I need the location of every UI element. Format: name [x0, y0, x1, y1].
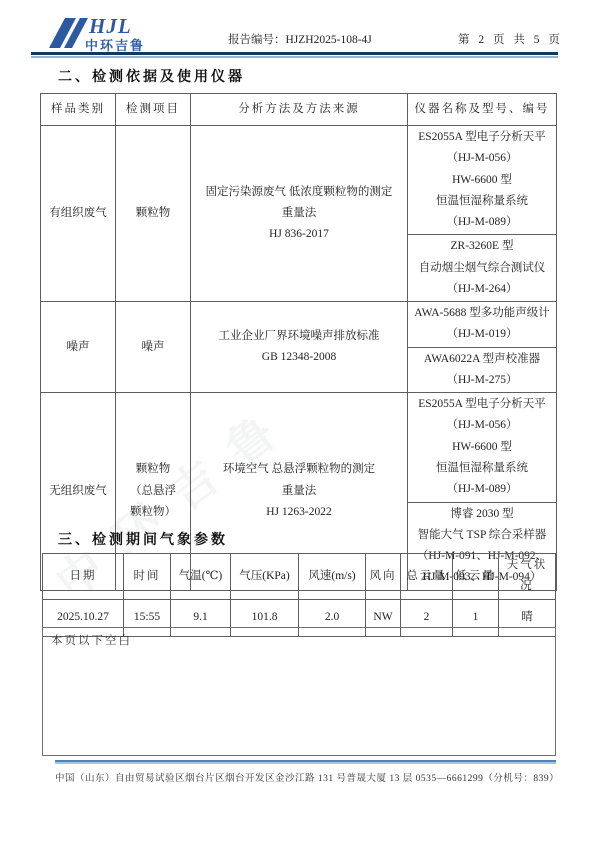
- col-header-low-cloud: 低云量: [453, 554, 499, 600]
- col-header-weather: 天气状况: [499, 554, 556, 600]
- weather-table: 日期 时间 气温(℃) 气压(KPa) 风速(m/s) 风向 总云量 低云量 天…: [42, 553, 556, 637]
- cell-instrument-1b: ZR-3260E 型 自动烟尘烟气综合测试仪 （HJ-M-264）: [408, 235, 557, 302]
- cell-instrument-1a: ES2055A 型电子分析天平 （HJ-M-056） HW-6600 型 恒温恒…: [408, 126, 557, 235]
- page-number: 第 2 页 共 5 页: [458, 31, 563, 47]
- cell-method-2: 工业企业厂界环境噪声排放标准 GB 12348-2008: [191, 302, 408, 393]
- cell-sample-1: 有组织废气: [41, 126, 116, 302]
- cell-item-2: 噪声: [116, 302, 191, 393]
- logo-slash-icon: [55, 18, 89, 48]
- col-header-method: 分析方法及方法来源: [191, 94, 408, 126]
- blank-note: 本页以下空白: [51, 632, 132, 648]
- col-header-pressure: 气压(KPa): [231, 554, 299, 600]
- cell-instrument-3a: ES2055A 型电子分析天平 （HJ-M-056） HW-6600 型 恒温恒…: [408, 393, 557, 502]
- cell-item-1: 颗粒物: [116, 126, 191, 302]
- section3-title: 三、检测期间气象参数: [58, 529, 228, 549]
- col-header-temperature: 气温(℃): [171, 554, 231, 600]
- col-header-date: 日期: [43, 554, 124, 600]
- col-header-total-cloud: 总云量: [401, 554, 453, 600]
- instruments-table: 样品类别 检测项目 分析方法及方法来源 仪器名称及型号、编号 有组织废气 颗粒物…: [40, 93, 557, 591]
- table-row: 噪声 噪声 工业企业厂界环境噪声排放标准 GB 12348-2008 AWA-5…: [41, 302, 557, 348]
- col-header-item: 检测项目: [116, 94, 191, 126]
- footer-address: 中国（山东）自由贸易试验区烟台片区烟台开发区金沙江路 131 号普晟大厦 13 …: [55, 770, 556, 784]
- col-header-time: 时间: [124, 554, 171, 600]
- col-header-wind-dir: 风向: [366, 554, 401, 600]
- cell-sample-2: 噪声: [41, 302, 116, 393]
- section2-title: 二、检测依据及使用仪器: [58, 66, 245, 86]
- cell-method-1: 固定污染源废气 低浓度颗粒物的测定 重量法 HJ 836-2017: [191, 126, 408, 302]
- report-page: 中环吉鲁 HJL 中环吉鲁 报告编号：HJZH2025-108-4J 第 2 页…: [0, 0, 594, 843]
- table-header-row: 样品类别 检测项目 分析方法及方法来源 仪器名称及型号、编号: [41, 94, 557, 126]
- header-rule: [31, 52, 558, 56]
- cell-instrument-2a: AWA-5688 型多功能声级计 （HJ-M-019）: [408, 302, 557, 348]
- col-header-wind-speed: 风速(m/s): [299, 554, 366, 600]
- cell-instrument-2b: AWA6022A 型声校准器 （HJ-M-275）: [408, 347, 557, 393]
- table-row: 有组织废气 颗粒物 固定污染源废气 低浓度颗粒物的测定 重量法 HJ 836-2…: [41, 126, 557, 235]
- company-logo: HJL 中环吉鲁: [55, 16, 181, 52]
- col-header-sample: 样品类别: [41, 94, 116, 126]
- table-row: 无组织废气 颗粒物 （总悬浮 颗粒物） 环境空气 总悬浮颗粒物的测定 重量法 H…: [41, 393, 557, 502]
- report-number: 报告编号：HJZH2025-108-4J: [228, 31, 372, 47]
- weather-header-row: 日期 时间 气温(℃) 气压(KPa) 风速(m/s) 风向 总云量 低云量 天…: [43, 554, 556, 600]
- footer-rule: [55, 760, 556, 762]
- col-header-instrument: 仪器名称及型号、编号: [408, 94, 557, 126]
- blank-remainder-box: 本页以下空白: [42, 627, 556, 756]
